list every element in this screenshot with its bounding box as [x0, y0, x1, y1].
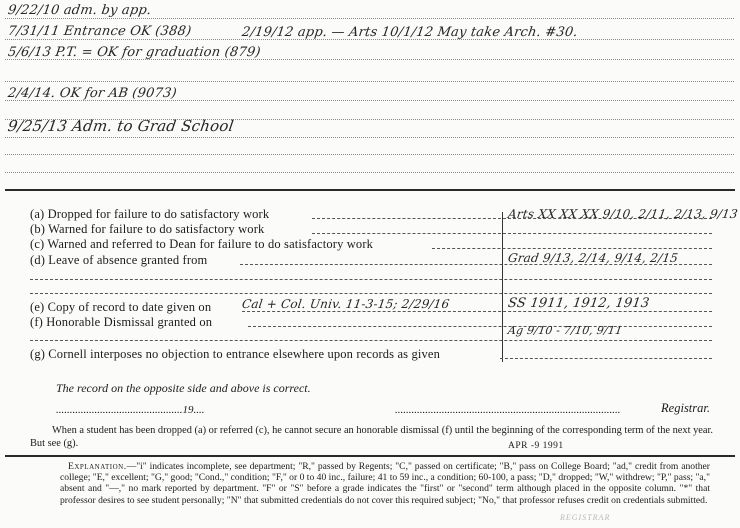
- entry-copy-given: SS 1911, 1912, 1913: [507, 296, 650, 311]
- entry-copy-given-inline: Cal + Col. Univ. 11-3-15; 2/29/16: [241, 297, 450, 311]
- entry-dropped: Arts XX XX XX 9/10, 2/11, 2/13, 9/13: [507, 207, 739, 221]
- explanation-block: Explanation.—"i" indicates incomplete, s…: [60, 461, 710, 506]
- fill-line: [30, 340, 712, 341]
- action-item-d: (d) Leave of absence granted from: [30, 253, 207, 268]
- ruled-line: [5, 81, 734, 82]
- fill-line: [30, 279, 712, 280]
- action-item-c: (c) Warned and referred to Dean for fail…: [30, 237, 373, 252]
- section-divider: [5, 455, 735, 457]
- handwritten-entry: 9/22/10 adm. by app.: [7, 3, 152, 18]
- handwritten-entry: 2/4/14. OK for AB (9073): [7, 86, 178, 101]
- fill-line: [30, 293, 712, 294]
- entry-honorable-dismissal: Ag 9/10 - 7/10, 9/11: [507, 324, 623, 337]
- ruled-line: [5, 137, 734, 138]
- fill-line: [312, 233, 712, 234]
- explanation-lead: Explanation.: [68, 461, 127, 472]
- fill-line: [242, 311, 712, 312]
- handwritten-entry: 2/19/12 app. — Arts 10/1/12 May take Arc…: [241, 25, 579, 40]
- action-item-g: (g) Cornell interposes no objection to e…: [30, 347, 440, 362]
- handwritten-entry: 5/6/13 P.T. = OK for graduation (879): [7, 45, 262, 60]
- explanation-body: —"i" indicates incomplete, see departmen…: [60, 461, 710, 506]
- certification-statement: The record on the opposite side and abov…: [56, 381, 311, 396]
- handwritten-entry: 9/25/13 Adm. to Grad School: [7, 117, 235, 135]
- fill-line: [432, 248, 712, 249]
- fill-line: [248, 326, 712, 327]
- registrar-label: Registrar.: [661, 401, 710, 416]
- faint-registrar-stamp: REGISTRAR: [560, 513, 610, 522]
- fill-line: [500, 358, 712, 359]
- date-stamp: APR -9 1991: [508, 441, 564, 451]
- handwritten-entry: 7/31/11 Entrance OK (388): [7, 24, 192, 39]
- action-item-e: (e) Copy of record to date given on: [30, 300, 211, 315]
- ruled-line: [5, 154, 734, 155]
- entry-leave-of-absence: Grad 9/13, 2/14, 9/14, 2/15: [507, 251, 679, 265]
- ruled-line: [5, 172, 734, 173]
- ruled-line: [5, 18, 734, 19]
- registrar-signature-line: ........................................…: [395, 404, 621, 416]
- certification-date-line: ........................................…: [56, 404, 205, 416]
- dismissal-note: When a student has been dropped (a) or r…: [30, 424, 720, 450]
- action-item-a: (a) Dropped for failure to do satisfacto…: [30, 207, 269, 222]
- action-item-b: (b) Warned for failure to do satisfactor…: [30, 222, 264, 237]
- section-divider: [5, 189, 735, 191]
- action-item-f: (f) Honorable Dismissal granted on: [30, 315, 212, 330]
